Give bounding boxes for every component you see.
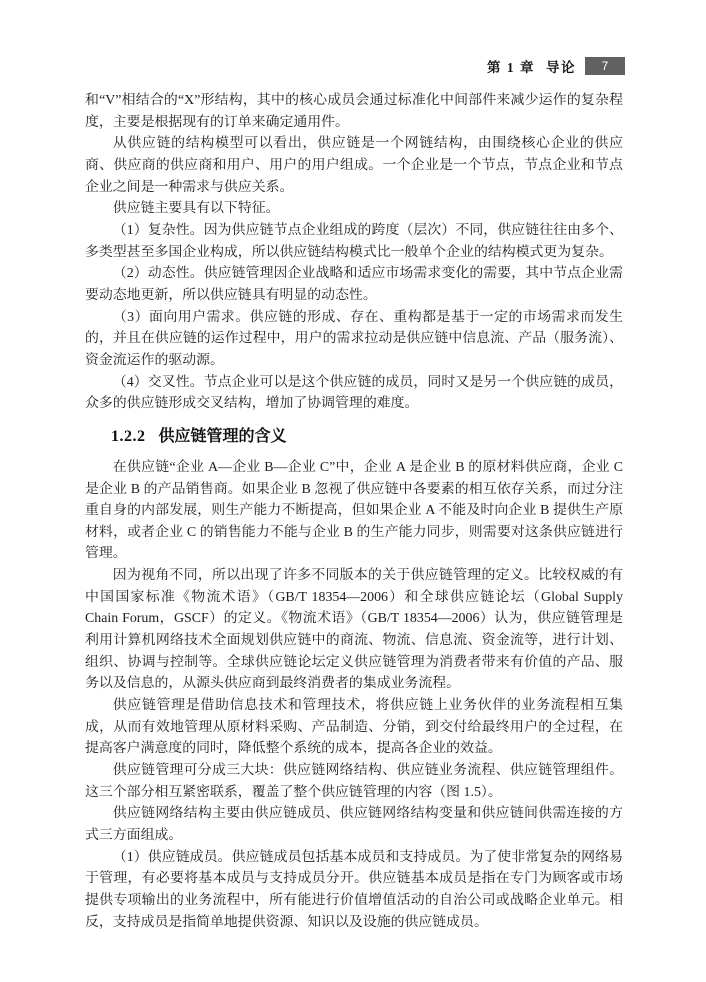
- paragraph: 供应链网络结构主要由供应链成员、供应链网络结构变量和供应链间供需连接的方式三方面…: [85, 803, 623, 846]
- paragraph: 从供应链的结构模型可以看出，供应链是一个网链结构，由围绕核心企业的供应商、供应商…: [85, 133, 623, 198]
- section-number: 1.2.2: [111, 428, 146, 445]
- paragraph: （3）面向用户需求。供应链的形成、存在、重构都是基于一定的市场需求而发生的，并且…: [85, 307, 623, 372]
- page-number-badge: 7: [585, 57, 625, 75]
- paragraph: 供应链主要具有以下特征。: [85, 198, 623, 220]
- paragraph: （1）供应链成员。供应链成员包括基本成员和支持成员。为了使非常复杂的网络易于管理…: [85, 847, 623, 934]
- paragraph: （4）交叉性。节点企业可以是这个供应链的成员，同时又是另一个供应链的成员，众多的…: [85, 372, 623, 415]
- paragraph: 和“V”相结合的“X”形结构，其中的核心成员会通过标准化中间部件来减少运作的复杂…: [85, 90, 623, 133]
- paragraph: 供应链管理是借助信息技术和管理技术，将供应链上业务伙伴的业务流程相互集成，从而有…: [85, 695, 623, 760]
- page-header: 第 1 章导论 7: [0, 57, 706, 75]
- chapter-title: 导论: [546, 60, 576, 75]
- page-body: 和“V”相结合的“X”形结构，其中的核心成员会通过标准化中间部件来减少运作的复杂…: [85, 90, 623, 933]
- book-page: 第 1 章导论 7 和“V”相结合的“X”形结构，其中的核心成员会通过标准化中间…: [0, 0, 706, 982]
- section-heading: 1.2.2供应链管理的含义: [85, 426, 623, 447]
- paragraph: （1）复杂性。因为供应链节点企业组成的跨度（层次）不同，供应链往往由多个、多类型…: [85, 220, 623, 263]
- chapter-heading: 第 1 章导论: [487, 56, 576, 76]
- paragraph: （2）动态性。供应链管理因企业战略和适应市场需求变化的需要，其中节点企业需要动态…: [85, 263, 623, 306]
- paragraph: 因为视角不同，所以出现了许多不同版本的关于供应链管理的定义。比较权威的有中国国家…: [85, 565, 623, 695]
- section-title: 供应链管理的含义: [159, 428, 287, 445]
- chapter-label: 第 1 章: [487, 60, 535, 75]
- paragraph: 供应链管理可分成三大块：供应链网络结构、供应链业务流程、供应链管理组件。这三个部…: [85, 760, 623, 803]
- paragraph: 在供应链“企业 A—企业 B—企业 C”中，企业 A 是企业 B 的原材料供应商…: [85, 457, 623, 565]
